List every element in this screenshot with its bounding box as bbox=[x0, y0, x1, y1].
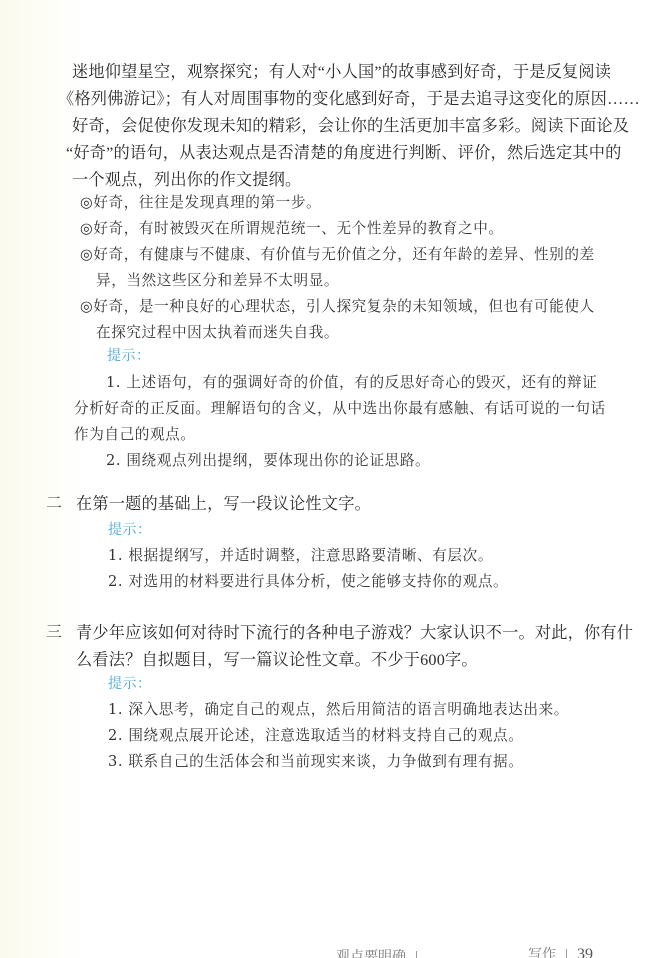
hint-item: 2. 对选用的材料要进行具体分析，使之能够支持你的观点。 bbox=[108, 572, 508, 592]
statement-text: 好奇，往往是发现真理的第一步。 bbox=[93, 194, 321, 211]
section-prompt-continuation: 么看法？自拟题目，写一篇议论性文章。不少于600字。 bbox=[76, 650, 478, 670]
hint-label: 提示： bbox=[108, 520, 152, 540]
section-prompt: 在第一题的基础上，写一段议论性文字。 bbox=[76, 494, 371, 514]
footer-unit-title: 观点要明确 bbox=[336, 950, 406, 958]
section-number: 二 bbox=[46, 494, 62, 514]
textbook-page: 迷地仰望星空，观察探究；有人对“小人国”的故事感到好奇，于是反复阅读 《格列佛游… bbox=[0, 0, 671, 958]
bullet-circle-icon: ◎ bbox=[80, 194, 93, 211]
statement-item: ◎好奇，往往是发现真理的第一步。 bbox=[80, 193, 321, 213]
intro-line: “好奇”的语句，从表达观点是否清楚的角度进行判断、评价，然后选定其中的 bbox=[66, 143, 622, 163]
statement-item: ◎好奇，是一种良好的心理状态，引人探究复杂的未知领域，但也有可能使人 bbox=[80, 297, 595, 317]
intro-line: 《格列佛游记》；有人对周围事物的变化感到好奇，于是去追寻这变化的原因…… bbox=[58, 89, 640, 109]
hint-item: 1. 深入思考，确定自己的观点，然后用简洁的语言明确地表达出来。 bbox=[108, 700, 569, 720]
hint-item-continuation: 作为自己的观点。 bbox=[74, 425, 196, 445]
hint-item: 1. 根据提纲写，并适时调整，注意思路要清晰、有层次。 bbox=[108, 546, 493, 566]
statement-text: 好奇，有健康与不健康、有价值与无价值之分，还有年龄的差异、性别的差 bbox=[93, 246, 594, 263]
hint-item: 3. 联系自己的生活体会和当前现实来谈，力争做到有理有据。 bbox=[108, 752, 523, 772]
hint-item-continuation: 分析好奇的正反面。理解语句的含义，从中选出你最有感触、有话可说的一句话 bbox=[74, 399, 606, 419]
section-prompt: 青少年应该如何对待时下流行的各种电子游戏？大家认识不一。对此，你有什 bbox=[76, 623, 633, 643]
bullet-circle-icon: ◎ bbox=[80, 246, 93, 263]
statement-text: 好奇，是一种良好的心理状态，引人探究复杂的未知领域，但也有可能使人 bbox=[93, 298, 594, 315]
bullet-circle-icon: ◎ bbox=[80, 298, 93, 315]
page-number: 39 bbox=[577, 946, 593, 958]
footer-divider bbox=[566, 949, 567, 958]
footer-section-title: 写作 bbox=[528, 948, 556, 958]
statement-continuation: 在探究过程中因太执着而迷失自我。 bbox=[96, 323, 339, 343]
intro-line: 好奇，会促使你发现未知的精彩，会让你的生活更加丰富多彩。阅读下面论及 bbox=[72, 116, 629, 136]
statement-item: ◎好奇，有健康与不健康、有价值与无价值之分，还有年龄的差异、性别的差 bbox=[80, 245, 595, 265]
hint-item: 1. 上述语句，有的强调好奇的价值，有的反思好奇心的毁灭，还有的辩证 bbox=[106, 373, 597, 393]
intro-line: 一个观点，列出你的作文提纲。 bbox=[72, 170, 301, 190]
section-number: 三 bbox=[46, 623, 62, 643]
statement-item: ◎好奇，有时被毁灭在所谓规范统一、无个性差异的教育之中。 bbox=[80, 219, 504, 239]
hint-item: 2. 围绕观点展开论述，注意选取适当的材料支持自己的观点。 bbox=[108, 726, 523, 746]
statement-text: 好奇，有时被毁灭在所谓规范统一、无个性差异的教育之中。 bbox=[93, 220, 503, 237]
hint-label: 提示： bbox=[108, 674, 152, 694]
statement-continuation: 异，当然这些区分和差异不太明显。 bbox=[96, 271, 339, 291]
footer-section: 写作39 bbox=[528, 944, 593, 958]
footer-unit: 观点要明确 bbox=[336, 946, 427, 958]
bullet-circle-icon: ◎ bbox=[80, 220, 93, 237]
hint-item: 2. 围绕观点列出提纲，要体现出你的论证思路。 bbox=[106, 451, 430, 471]
footer-divider bbox=[416, 951, 417, 958]
intro-line: 迷地仰望星空，观察探究；有人对“小人国”的故事感到好奇，于是反复阅读 bbox=[72, 62, 611, 82]
hint-label: 提示： bbox=[107, 346, 151, 366]
